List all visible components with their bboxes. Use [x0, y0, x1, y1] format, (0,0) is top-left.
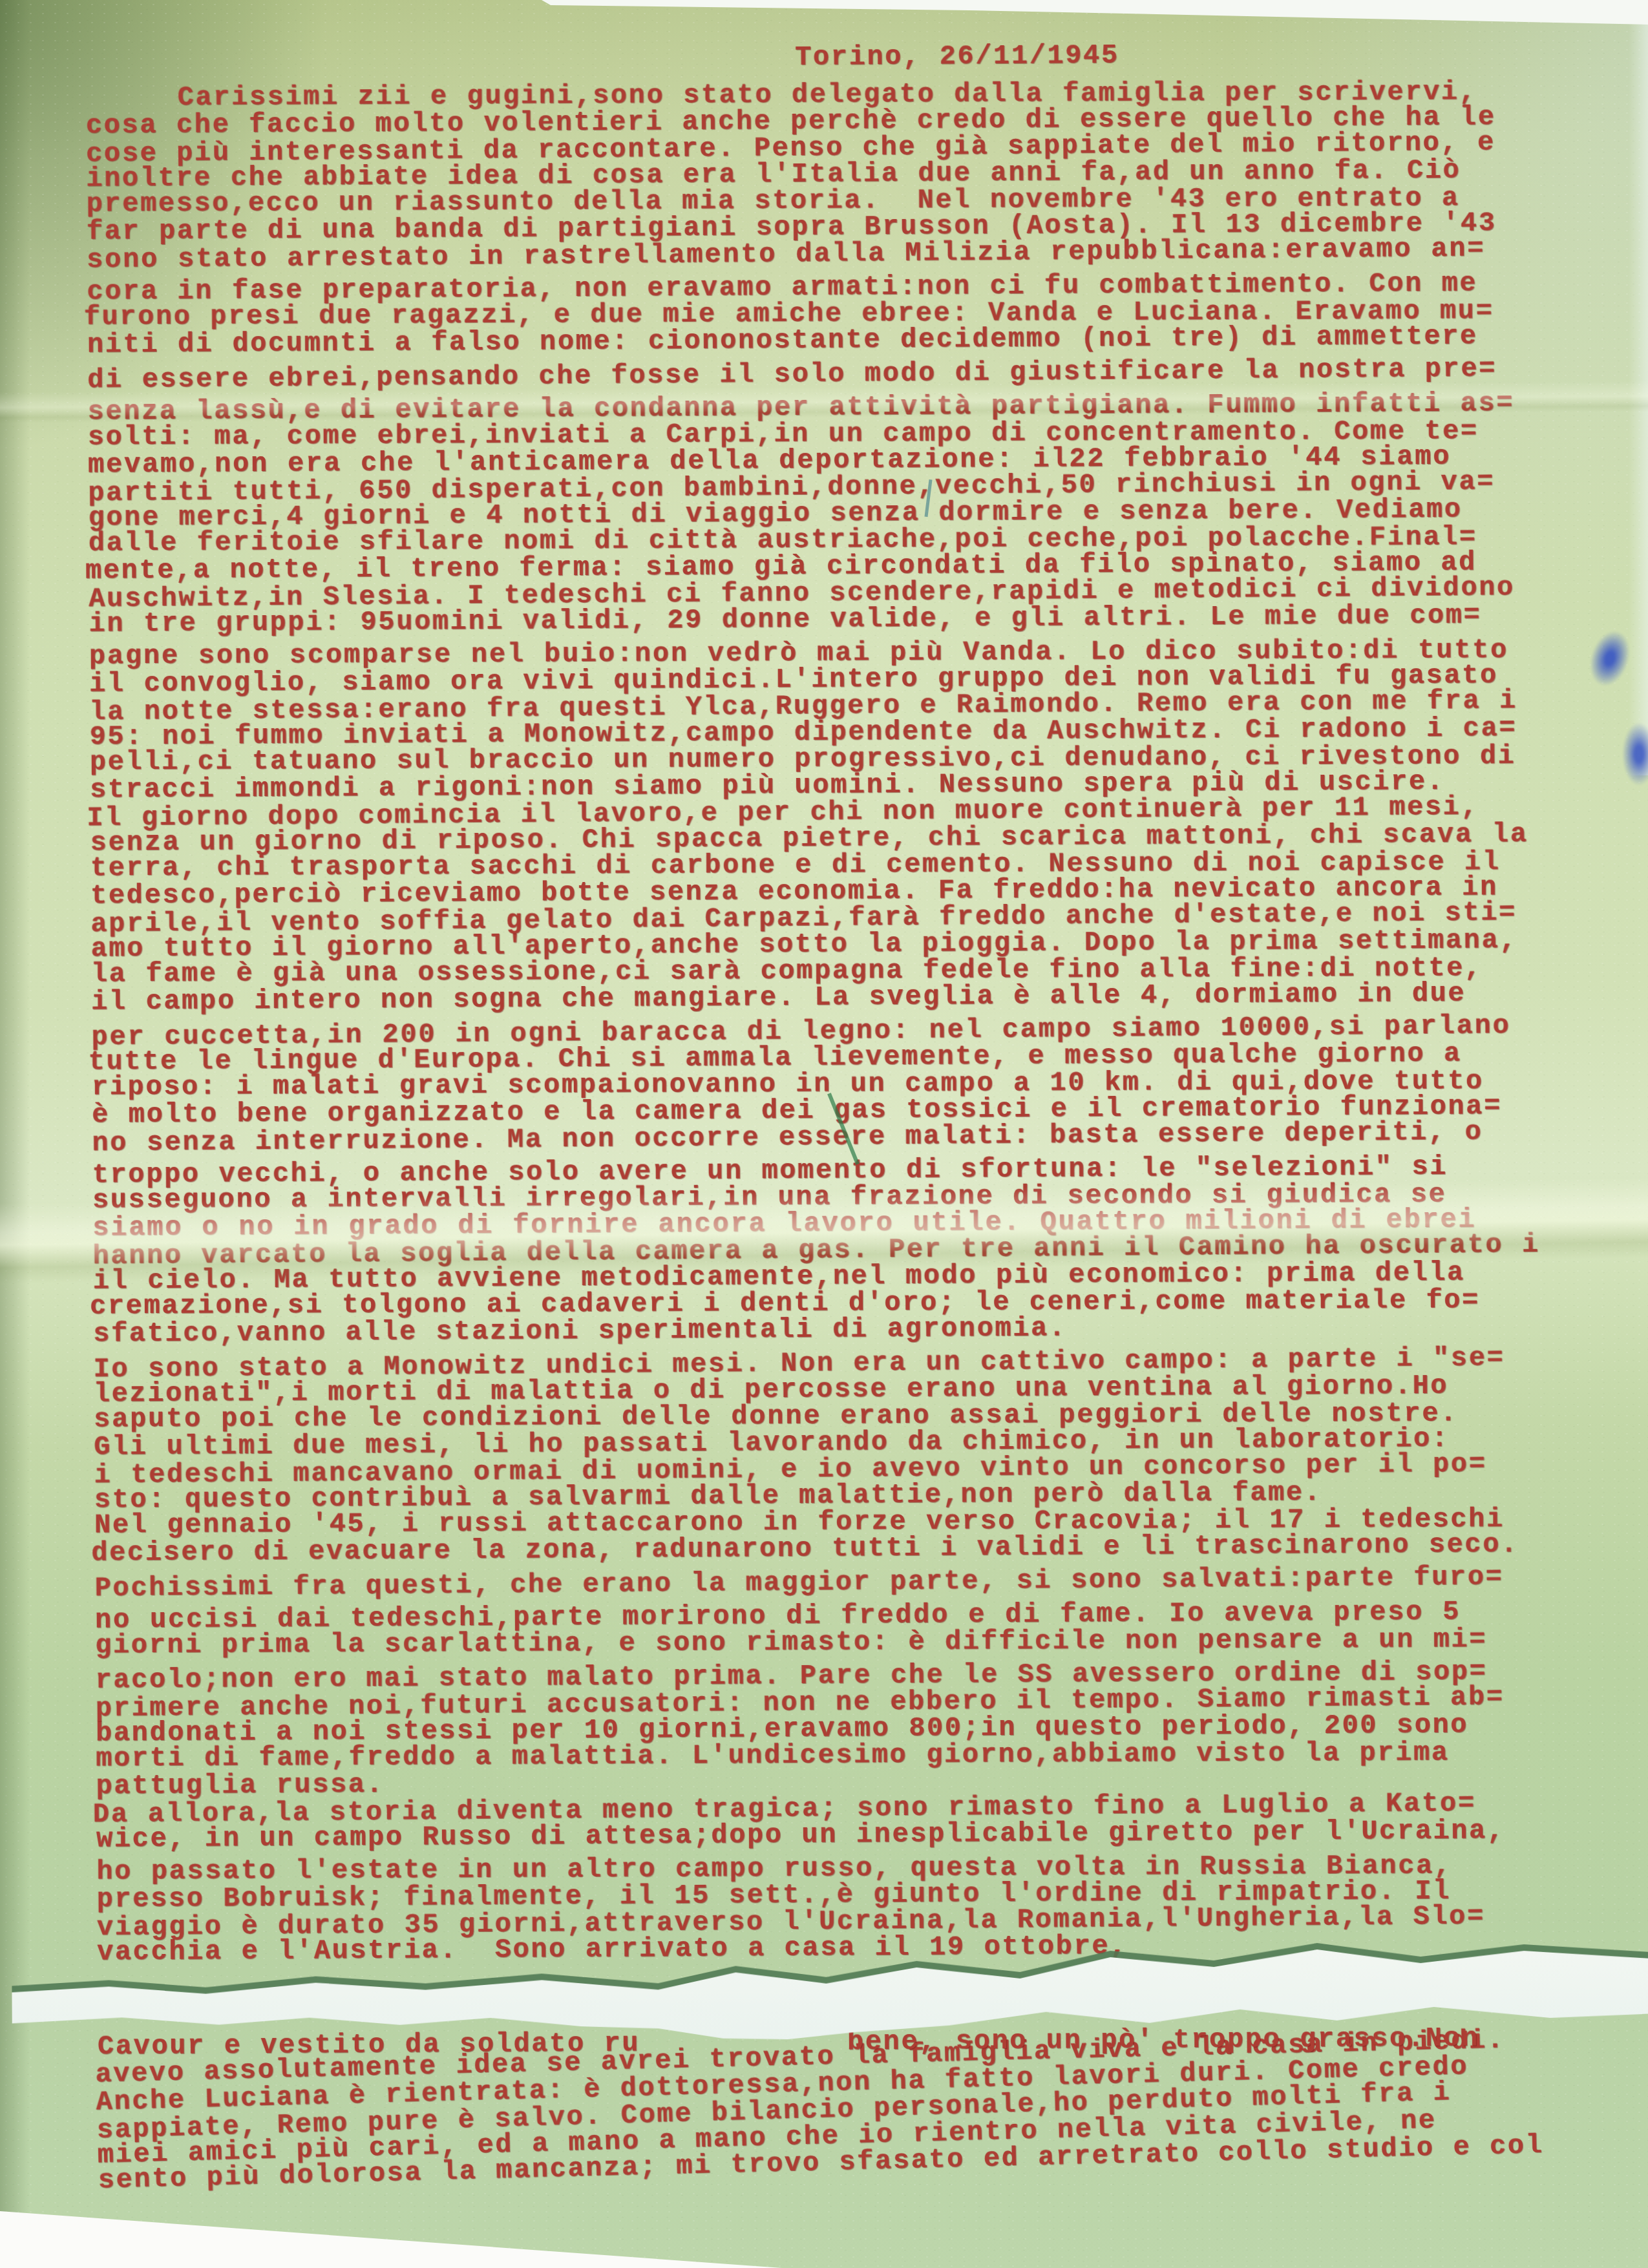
letter-line: solti: ma, come ebrei,inviati a Carpi,in… — [88, 417, 1648, 451]
letter-line: terra, chi trasporta sacchi di carbone e… — [90, 848, 1648, 882]
letter-line: la fame è già una ossessione,ci sarà com… — [91, 954, 1648, 988]
scanned-letter-page: Torino, 26/11/1945 Carissimi zii e gugin… — [0, 0, 1648, 2268]
letter-line: premesso,ecco un riassunto della mia sto… — [86, 184, 1648, 218]
dateline: Torino, 26/11/1945 — [795, 39, 1648, 71]
letter-line: cremazione,si tolgono ai cadaveri i dent… — [90, 1286, 1648, 1320]
letter-line: ho passato l'estate in un altro campo ru… — [96, 1852, 1648, 1885]
letter-line: Carissimi zii e gugini,sono stato delega… — [85, 78, 1648, 112]
paper-tear-zone: Cavour e vestito da soldato ru bene, son… — [97, 1957, 1648, 2061]
letter-body: Carissimi zii e gugini,sono stato delega… — [85, 77, 1648, 1966]
letter-line: pelli,ci tatuano sul braccio un numero p… — [90, 742, 1648, 776]
letter-line: furono presi due ragazzi, e due mie amic… — [84, 297, 1648, 331]
torn-line-fragment-right: bene, sono un pò' troppo grasso.Non — [847, 2026, 1479, 2056]
letter-line: dalle feritoie sfilare nomi di città aus… — [89, 523, 1648, 557]
letter-text-block: Torino, 26/11/1945 Carissimi zii e gugin… — [0, 0, 1648, 2196]
letter-line: riposo: i malati gravi scompaionovanno i… — [92, 1067, 1648, 1101]
torn-line-fragment-left: Cavour e vestito da soldato ru — [98, 2030, 640, 2060]
letter-line: morti di fame,freddo a malattia. L'undic… — [96, 1739, 1648, 1772]
letter-line: giorni prima la scarlattina, e sono rima… — [95, 1626, 1648, 1659]
letter-line: Nel gennaio '45, i russi attaccarono in … — [94, 1506, 1648, 1539]
letter-line: saputo poi che le condizioni delle donne… — [94, 1400, 1648, 1433]
letter-line: Pochissimi fra questi, che erano la magg… — [94, 1562, 1648, 1602]
letter-line: pagne sono scomparse nel buio:non vedrò … — [89, 636, 1648, 670]
